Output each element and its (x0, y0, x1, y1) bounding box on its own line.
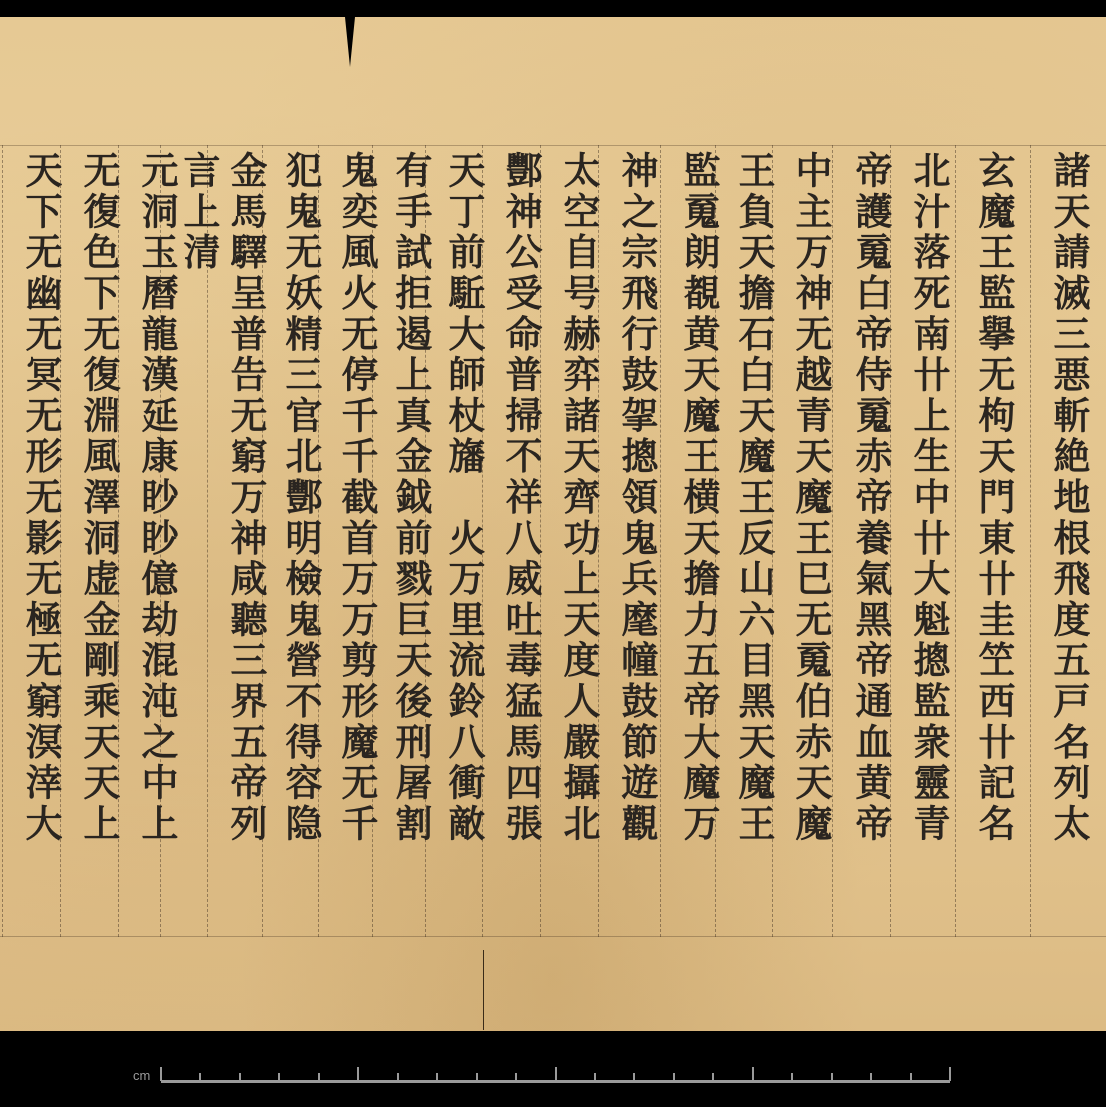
minor-tick (870, 1073, 872, 1081)
minor-tick (791, 1073, 793, 1081)
minor-tick (318, 1073, 320, 1081)
scale-unit-label: cm (133, 1068, 150, 1083)
major-tick (949, 1067, 951, 1081)
column-text: 玄魔王監擧无枸天門東卄圭笁西卄記名 (956, 145, 1032, 943)
major-tick (160, 1067, 162, 1081)
column-text: 天下无幽无冥无形无影无極无窮溟涬大 (3, 145, 79, 943)
minor-tick (673, 1073, 675, 1081)
minor-tick (831, 1073, 833, 1081)
minor-tick (910, 1073, 912, 1081)
minor-tick (594, 1073, 596, 1081)
major-tick (555, 1067, 557, 1081)
minor-tick (239, 1073, 241, 1081)
minor-tick (199, 1073, 201, 1081)
text-column: 諸天請滅三悪斬絶地根飛度五戸名列太 (1030, 145, 1106, 937)
scale-bar-area (0, 1031, 1106, 1107)
minor-tick (436, 1073, 438, 1081)
minor-tick (476, 1073, 478, 1081)
paper-tear (345, 17, 355, 67)
major-tick (752, 1067, 754, 1081)
minor-tick (397, 1073, 399, 1081)
paper-seam (483, 950, 484, 1030)
text-column: 天下无幽无冥无形无影无極无窮溟涬大 (2, 145, 78, 937)
minor-tick (633, 1073, 635, 1081)
minor-tick (515, 1073, 517, 1081)
major-tick (357, 1067, 359, 1081)
column-text: 諸天請滅三悪斬絶地根飛度五戸名列太 (1031, 145, 1106, 943)
minor-tick (278, 1073, 280, 1081)
minor-tick (712, 1073, 714, 1081)
